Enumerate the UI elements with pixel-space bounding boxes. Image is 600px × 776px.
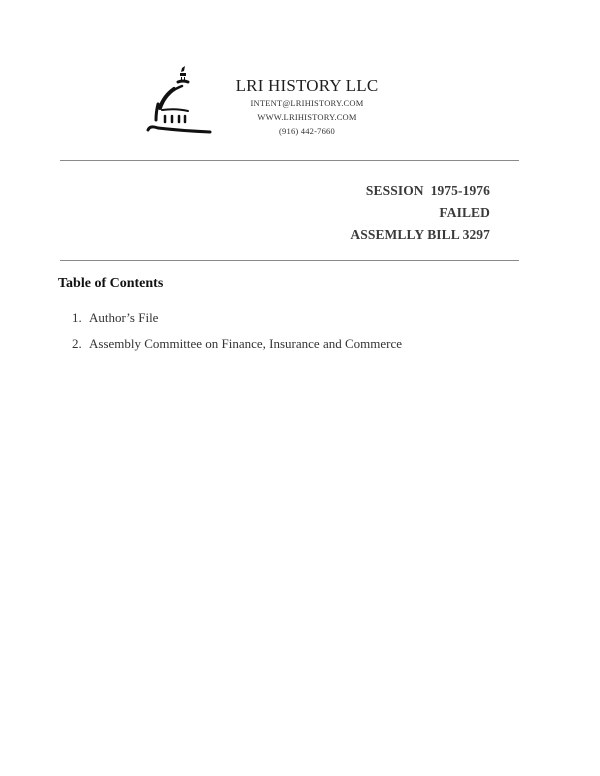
session-label: SESSION 1975-1976	[350, 180, 490, 202]
toc-item-label[interactable]: Assembly Committee on Finance, Insurance…	[89, 331, 402, 357]
capitol-dome-icon	[144, 64, 214, 138]
company-email: INTENT@LRIHISTORY.COM	[222, 96, 392, 110]
toc-item-label[interactable]: Author’s File	[89, 305, 158, 331]
divider-bottom	[60, 260, 519, 261]
divider-top	[60, 160, 519, 161]
bill-status: FAILED	[350, 202, 490, 224]
toc-item-number: 1.	[72, 305, 89, 331]
toc-item-number: 2.	[72, 331, 89, 357]
toc-item[interactable]: 1. Author’s File	[72, 305, 402, 331]
company-phone: (916) 442-7660	[222, 124, 392, 138]
toc-list: 1. Author’s File 2. Assembly Committee o…	[72, 305, 402, 357]
company-header: LRI HISTORY LLC INTENT@LRIHISTORY.COM WW…	[222, 76, 392, 138]
company-website: WWW.LRIHISTORY.COM	[222, 110, 392, 124]
bill-number: ASSEMLLY BILL 3297	[350, 224, 490, 246]
company-name: LRI HISTORY LLC	[222, 76, 392, 96]
toc-item[interactable]: 2. Assembly Committee on Finance, Insura…	[72, 331, 402, 357]
bill-info: SESSION 1975-1976 FAILED ASSEMLLY BILL 3…	[350, 180, 490, 246]
toc-title: Table of Contents	[58, 276, 163, 292]
